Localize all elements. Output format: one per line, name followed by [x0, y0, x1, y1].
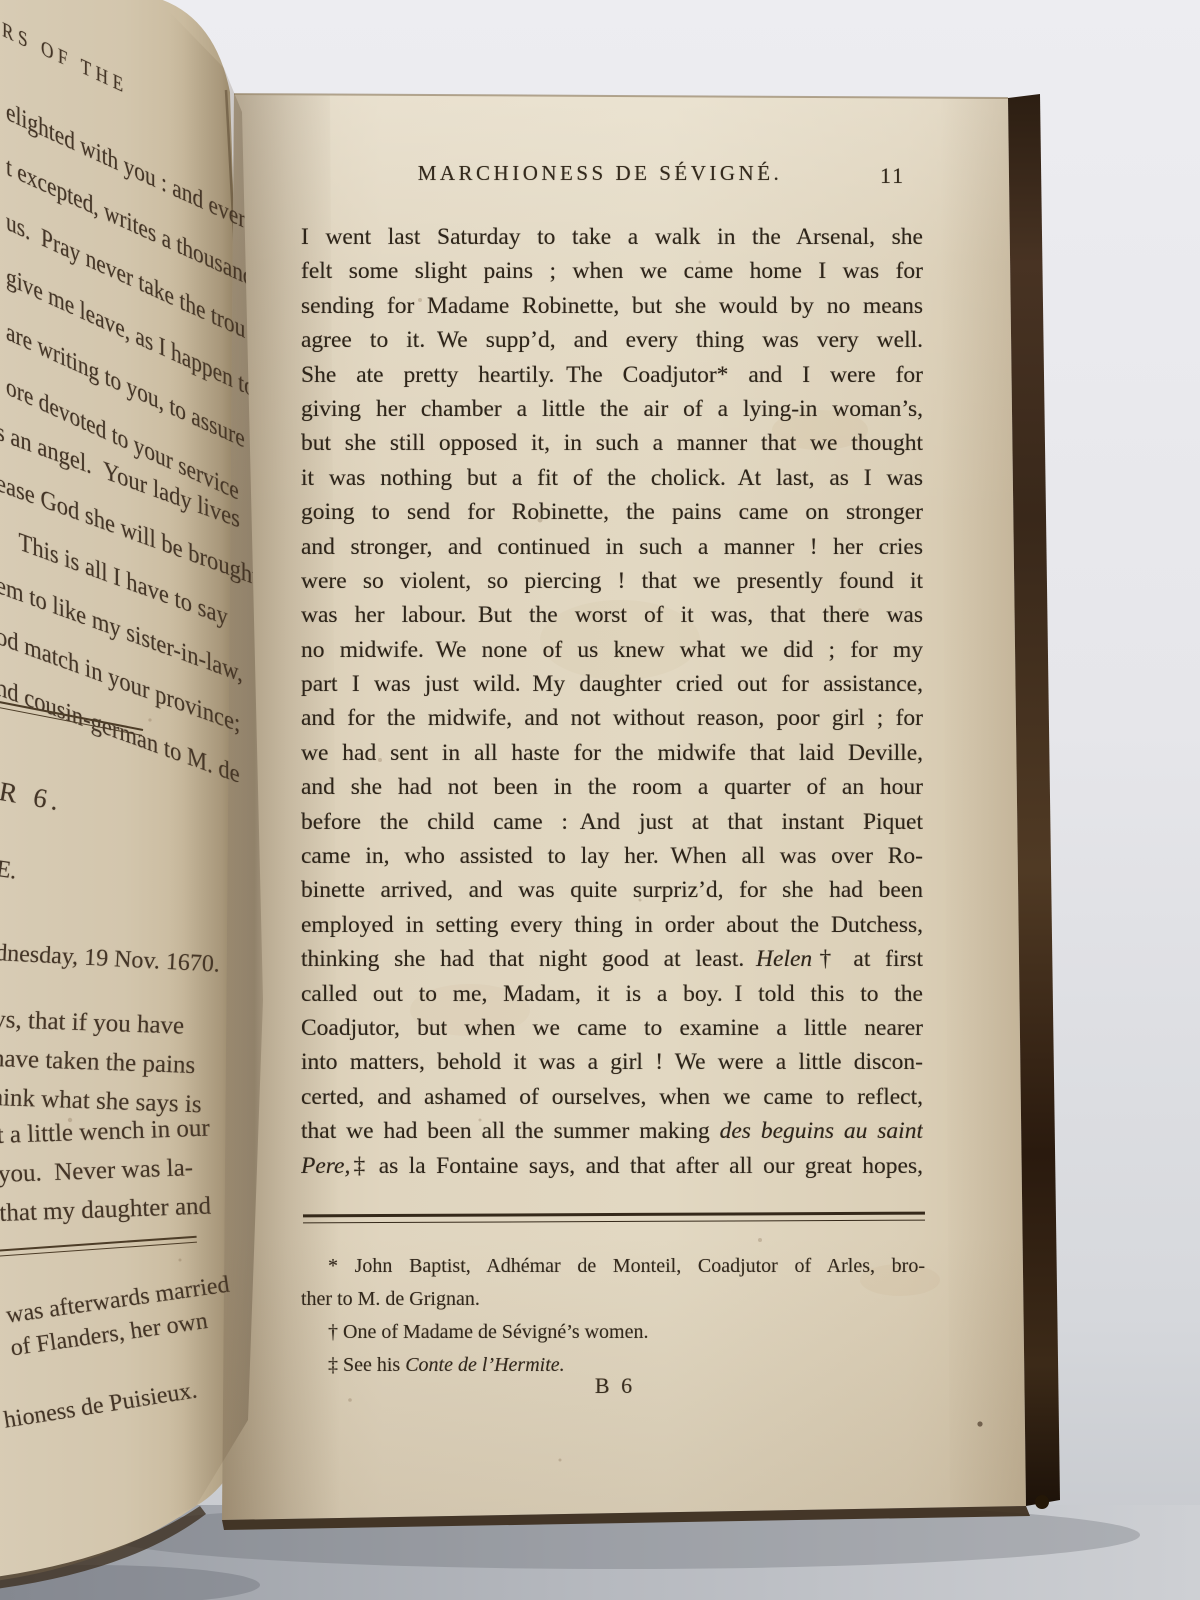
- text-line: came in, who assisted to lay her. When a…: [301, 839, 923, 873]
- body-text: I went last Saturday to take a walk in t…: [301, 220, 923, 1183]
- text-segment: employed in setting every thing in order…: [301, 912, 923, 938]
- text-line: Coadjutor, but when we came to examine a…: [301, 1011, 923, 1045]
- text-segment: I went last Saturday to take a walk in t…: [301, 224, 923, 250]
- footnotes: * John Baptist, Adhémar de Monteil, Coad…: [301, 1250, 925, 1382]
- text-line: binette arrived, and was quite surpriz’d…: [301, 873, 923, 907]
- text-line: were so violent, so piercing ! that we p…: [301, 564, 923, 598]
- text-segment: and stronger, and continued in such a ma…: [301, 534, 923, 560]
- text-segment: came in, who assisted to lay her. When a…: [301, 843, 923, 869]
- text-line: was her labour. But the worst of it was,…: [301, 598, 923, 632]
- italic-text-segment: Pere,: [301, 1153, 350, 1179]
- text-line: going to send for Robinette, the pains c…: [301, 495, 923, 529]
- signature-mark: B 6: [540, 1373, 690, 1399]
- text-line: agree to it. We supp’d, and every thing …: [301, 323, 923, 357]
- text-segment: † at first: [812, 946, 923, 972]
- text-line: and for the midwife, and not without rea…: [301, 701, 923, 735]
- text-line: part I was just wild. My daughter cried …: [301, 667, 923, 701]
- text-line: that we had been all the summer making d…: [301, 1114, 923, 1148]
- text-segment: we had sent in all haste for the midwife…: [301, 740, 923, 766]
- text-segment: that we had been all the summer making: [301, 1118, 720, 1144]
- text-segment: and for the midwife, and not without rea…: [301, 705, 923, 731]
- italic-text-segment: Helen: [756, 946, 812, 972]
- text-segment: She ate pretty heartily. The Coadjutor* …: [301, 362, 923, 388]
- text-line: I went last Saturday to take a walk in t…: [301, 220, 923, 254]
- text-segment: going to send for Robinette, the pains c…: [301, 499, 923, 525]
- text-line: employed in setting every thing in order…: [301, 908, 923, 942]
- text-line: it was nothing but a fit of the cholick.…: [301, 461, 923, 495]
- text-segment: * John Baptist, Adhémar de Monteil, Coad…: [328, 1255, 925, 1277]
- page-number: 11: [880, 163, 905, 189]
- text-line: Pere,‡ as la Fontaine says, and that aft…: [301, 1149, 923, 1183]
- text-line: † One of Madame de Sévigné’s women.: [301, 1316, 925, 1349]
- text-segment: part I was just wild. My daughter cried …: [301, 671, 923, 697]
- text-line: thinking she had that night good at leas…: [301, 942, 923, 976]
- text-line: we had sent in all haste for the midwife…: [301, 736, 923, 770]
- text-segment: † One of Madame de Sévigné’s women.: [328, 1321, 648, 1343]
- text-segment: binette arrived, and was quite surpriz’d…: [301, 877, 923, 903]
- text-line: ther to M. de Grignan.: [301, 1283, 925, 1316]
- footnote-rule: [303, 1212, 925, 1224]
- text-line: sending for Madame Robinette, but she wo…: [301, 289, 923, 323]
- text-segment: sending for Madame Robinette, but she wo…: [301, 293, 923, 319]
- text-line: and she had not been in the room a quart…: [301, 770, 923, 804]
- text-segment: giving her chamber a little the air of a…: [301, 396, 923, 422]
- text-segment: called out to me, Madam, it is a boy. I …: [301, 981, 923, 1007]
- text-line: She ate pretty heartily. The Coadjutor* …: [301, 358, 923, 392]
- text-segment: before the child came : And just at that…: [301, 809, 923, 835]
- text-line: felt some slight pains ; when we came ho…: [301, 254, 923, 288]
- text-segment: ‡ See his: [328, 1354, 405, 1376]
- text-segment: was her labour. But the worst of it was,…: [301, 602, 923, 628]
- text-segment: into matters, behold it was a girl ! We …: [301, 1049, 923, 1075]
- text-segment: certed, and ashamed of ourselves, when w…: [301, 1084, 923, 1110]
- text-line: into matters, behold it was a girl ! We …: [301, 1045, 923, 1079]
- text-segment: and she had not been in the room a quart…: [301, 774, 923, 800]
- text-line: and stronger, and continued in such a ma…: [301, 530, 923, 564]
- text-segment: felt some slight pains ; when we came ho…: [301, 258, 923, 284]
- italic-text-segment: des beguins au saint: [720, 1118, 923, 1144]
- text-segment: ‡ as la Fontaine says, and that after al…: [350, 1153, 923, 1179]
- right-page: MARCHIONESS DE SÉVIGNÉ. 11 I went last S…: [0, 0, 1200, 1600]
- text-segment: thinking she had that night good at leas…: [301, 946, 756, 972]
- text-segment: were so violent, so piercing ! that we p…: [301, 568, 923, 594]
- text-line: called out to me, Madam, it is a boy. I …: [301, 977, 923, 1011]
- text-segment: ther to M. de Grignan.: [301, 1288, 480, 1310]
- text-line: no midwife. We none of us knew what we d…: [301, 633, 923, 667]
- text-segment: agree to it. We supp’d, and every thing …: [301, 327, 923, 353]
- text-line: * John Baptist, Adhémar de Monteil, Coad…: [301, 1250, 925, 1283]
- book-photo: RS OF THE elighted with you : and everyt…: [0, 0, 1200, 1600]
- text-segment: but she still opposed it, in such a mann…: [301, 430, 923, 456]
- text-line: giving her chamber a little the air of a…: [301, 392, 923, 426]
- text-line: before the child came : And just at that…: [301, 805, 923, 839]
- text-segment: Coadjutor, but when we came to examine a…: [301, 1015, 923, 1041]
- text-line: certed, and ashamed of ourselves, when w…: [301, 1080, 923, 1114]
- running-header: MARCHIONESS DE SÉVIGNÉ.: [320, 161, 880, 186]
- text-line: but she still opposed it, in such a mann…: [301, 426, 923, 460]
- text-segment: it was nothing but a fit of the cholick.…: [301, 465, 923, 491]
- text-segment: no midwife. We none of us knew what we d…: [301, 637, 923, 663]
